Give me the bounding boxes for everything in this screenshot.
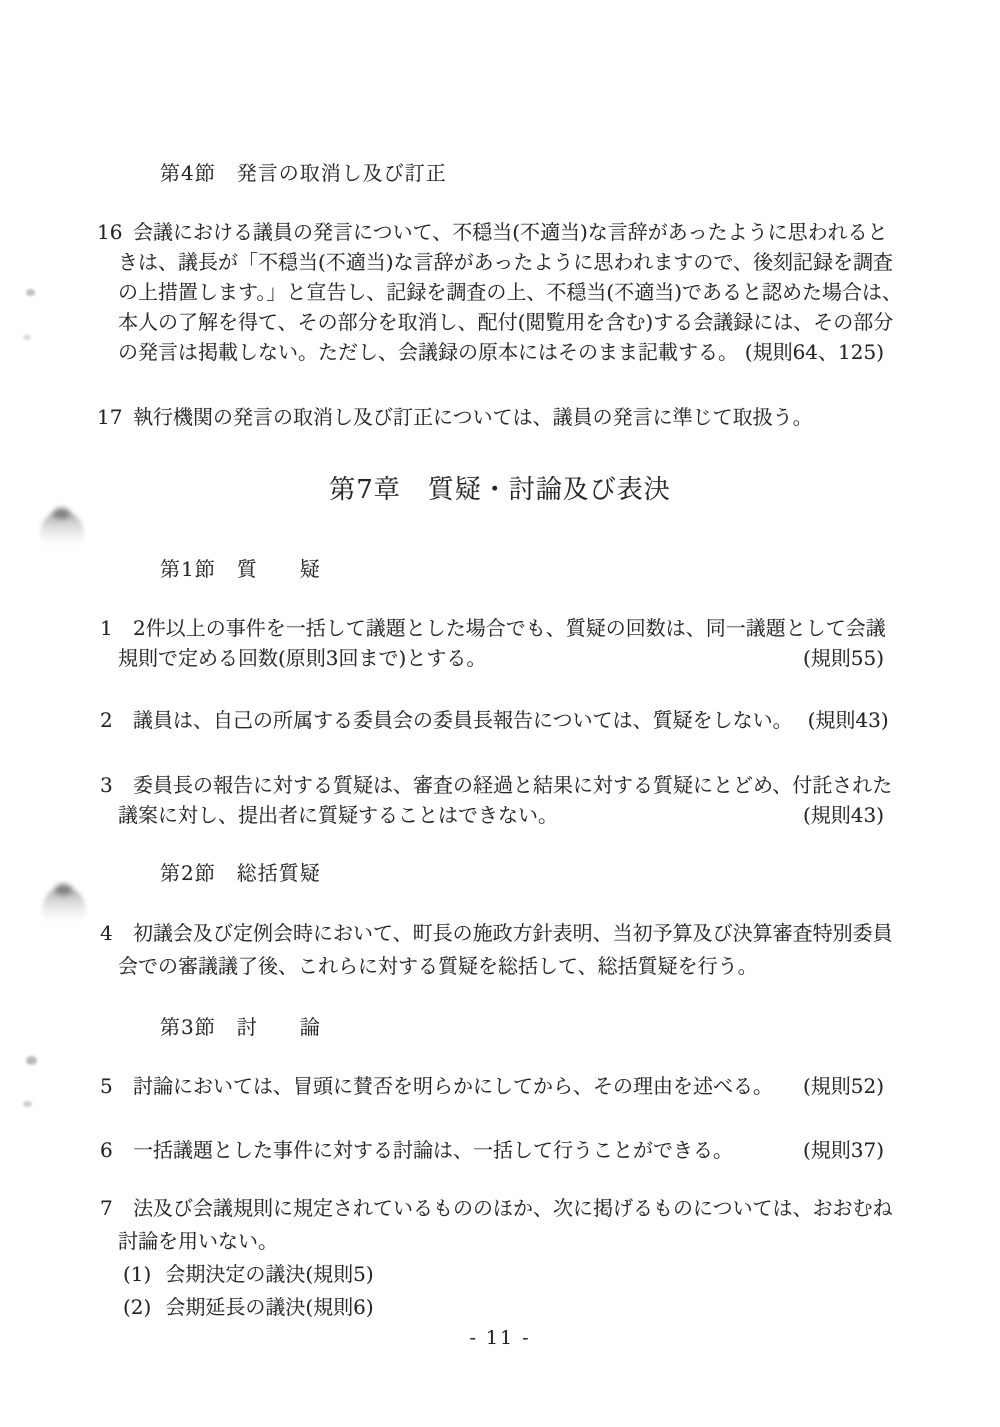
item-number: 17 <box>97 402 122 432</box>
sub-item-1: (1)会期決定の議決(規則5) <box>118 1258 884 1291</box>
rule-reference: (規則55) <box>803 643 884 673</box>
scan-smudge <box>23 335 31 340</box>
item-number: 3 <box>100 770 113 800</box>
paragraph-item-2: 2 議員は、自己の所属する委員会の委員長報告については、質疑をしない。 (規則4… <box>118 705 884 735</box>
item-line: 議員は、自己の所属する委員会の委員長報告については、質疑をしない。 (規則43) <box>118 705 884 735</box>
paragraph-item-7: 7 法及び会議規則に規定されているもののほか、次に掲げるものについては、おおむね… <box>118 1192 884 1324</box>
section-heading-1: 第1節 質 疑 <box>160 554 321 584</box>
scan-smudge <box>26 1056 37 1065</box>
item-line-text: 規則で定める回数(原則3回まで)とする。 <box>118 643 486 673</box>
item-number: 7 <box>100 1192 113 1225</box>
item-line-text: 議案に対し、提出者に質疑することはできない。 <box>118 800 558 830</box>
item-line: 一括議題とした事件に対する討論は、一括して行うことができる。 (規則37) <box>118 1135 884 1165</box>
item-number: 2 <box>100 705 113 735</box>
item-line: 法及び会議規則に規定されているもののほか、次に掲げるものについては、おおむね <box>118 1192 884 1225</box>
paragraph-item-3: 3 委員長の報告に対する質疑は、審査の経過と結果に対する質疑にとどめ、付託された… <box>118 770 884 830</box>
item-line: 委員長の報告に対する質疑は、審査の経過と結果に対する質疑にとどめ、付託された <box>118 770 884 800</box>
sub-item-number: (2) <box>123 1295 151 1319</box>
item-line: きは、議長が「不穏当(不適当)な言辞があったように思われますので、後刻記録を調査 <box>118 247 884 277</box>
sub-item-text: 会期決定の議決(規則5) <box>165 1262 373 1286</box>
chapter-heading-7: 第7章 質疑・討論及び表決 <box>0 473 1000 507</box>
item-line: 会議における議員の発言について、不穏当(不適当)な言辞があったように思われると <box>118 217 884 247</box>
scan-smudge <box>23 1101 32 1107</box>
item-number: 4 <box>100 917 113 950</box>
sub-item-text: 会期延長の議決(規則6) <box>165 1295 373 1319</box>
sub-item-2: (2)会期延長の議決(規則6) <box>118 1291 884 1324</box>
item-line: 規則で定める回数(原則3回まで)とする。 (規則55) <box>118 643 884 673</box>
item-line: 討論を用いない。 <box>118 1225 884 1258</box>
rule-reference: (規則43) <box>793 705 889 735</box>
item-line: 本人の了解を得て、その部分を取消し、配付(閲覧用を含む)する会議録には、その部分 <box>118 307 884 337</box>
binder-hole-shadow-bottom <box>42 887 86 933</box>
item-line-text: の発言は掲載しない。ただし、会議録の原本にはそのまま記載する。 <box>118 337 738 367</box>
item-line: 執行機関の発言の取消し及び訂正については、議員の発言に準じて取扱う。 <box>118 402 884 432</box>
item-line: 2件以上の事件を一括して議題とした場合でも、質疑の回数は、同一議題として会議 <box>118 613 884 643</box>
section-heading-2: 第2節 総括質疑 <box>160 858 321 888</box>
item-line: の上措置します。」と宣告し、記録を調査の上、不穏当(不適当)であると認めた場合は… <box>118 277 884 307</box>
item-line-text: 討論においては、冒頭に賛否を明らかにしてから、その理由を述べる。 <box>118 1071 773 1101</box>
section-heading-4: 第4節 発言の取消し及び訂正 <box>160 158 447 188</box>
item-number: 6 <box>100 1135 113 1165</box>
rule-reference: (規則64、125) <box>745 337 884 367</box>
item-number: 1 <box>100 613 113 643</box>
rule-reference: (規則52) <box>788 1071 884 1101</box>
rule-reference: (規則37) <box>788 1135 884 1165</box>
item-line-text: 議員は、自己の所属する委員会の委員長報告については、質疑をしない。 <box>118 705 793 735</box>
paragraph-item-6: 6 一括議題とした事件に対する討論は、一括して行うことができる。 (規則37) <box>118 1135 884 1165</box>
section-heading-3: 第3節 討 論 <box>160 1012 321 1042</box>
sub-item-number: (1) <box>123 1262 151 1286</box>
item-number: 16 <box>97 217 122 247</box>
item-line: 議案に対し、提出者に質疑することはできない。 (規則43) <box>118 800 884 830</box>
page-number: - 11 - <box>0 1325 1000 1351</box>
scanned-document-page: 第4節 発言の取消し及び訂正 16 会議における議員の発言について、不穏当(不適… <box>0 0 1000 1427</box>
item-line-text: 一括議題とした事件に対する討論は、一括して行うことができる。 <box>118 1135 733 1165</box>
binder-hole-shadow-top <box>40 511 84 557</box>
scan-smudge <box>26 289 35 296</box>
paragraph-item-17: 17 執行機関の発言の取消し及び訂正については、議員の発言に準じて取扱う。 <box>118 402 884 432</box>
item-line: の発言は掲載しない。ただし、会議録の原本にはそのまま記載する。 (規則64、12… <box>118 337 884 367</box>
item-number: 5 <box>100 1071 113 1101</box>
item-line: 会での審議議了後、これらに対する質疑を総括して、総括質疑を行う。 <box>118 950 884 983</box>
item-line: 討論においては、冒頭に賛否を明らかにしてから、その理由を述べる。 (規則52) <box>118 1071 884 1101</box>
item-line: 初議会及び定例会時において、町長の施政方針表明、当初予算及び決算審査特別委員 <box>118 917 884 950</box>
rule-reference: (規則43) <box>803 800 884 830</box>
paragraph-item-16: 16 会議における議員の発言について、不穏当(不適当)な言辞があったように思われ… <box>118 217 884 367</box>
paragraph-item-5: 5 討論においては、冒頭に賛否を明らかにしてから、その理由を述べる。 (規則52… <box>118 1071 884 1101</box>
paragraph-item-4: 4 初議会及び定例会時において、町長の施政方針表明、当初予算及び決算審査特別委員… <box>118 917 884 983</box>
paragraph-item-1: 1 2件以上の事件を一括して議題とした場合でも、質疑の回数は、同一議題として会議… <box>118 613 884 673</box>
